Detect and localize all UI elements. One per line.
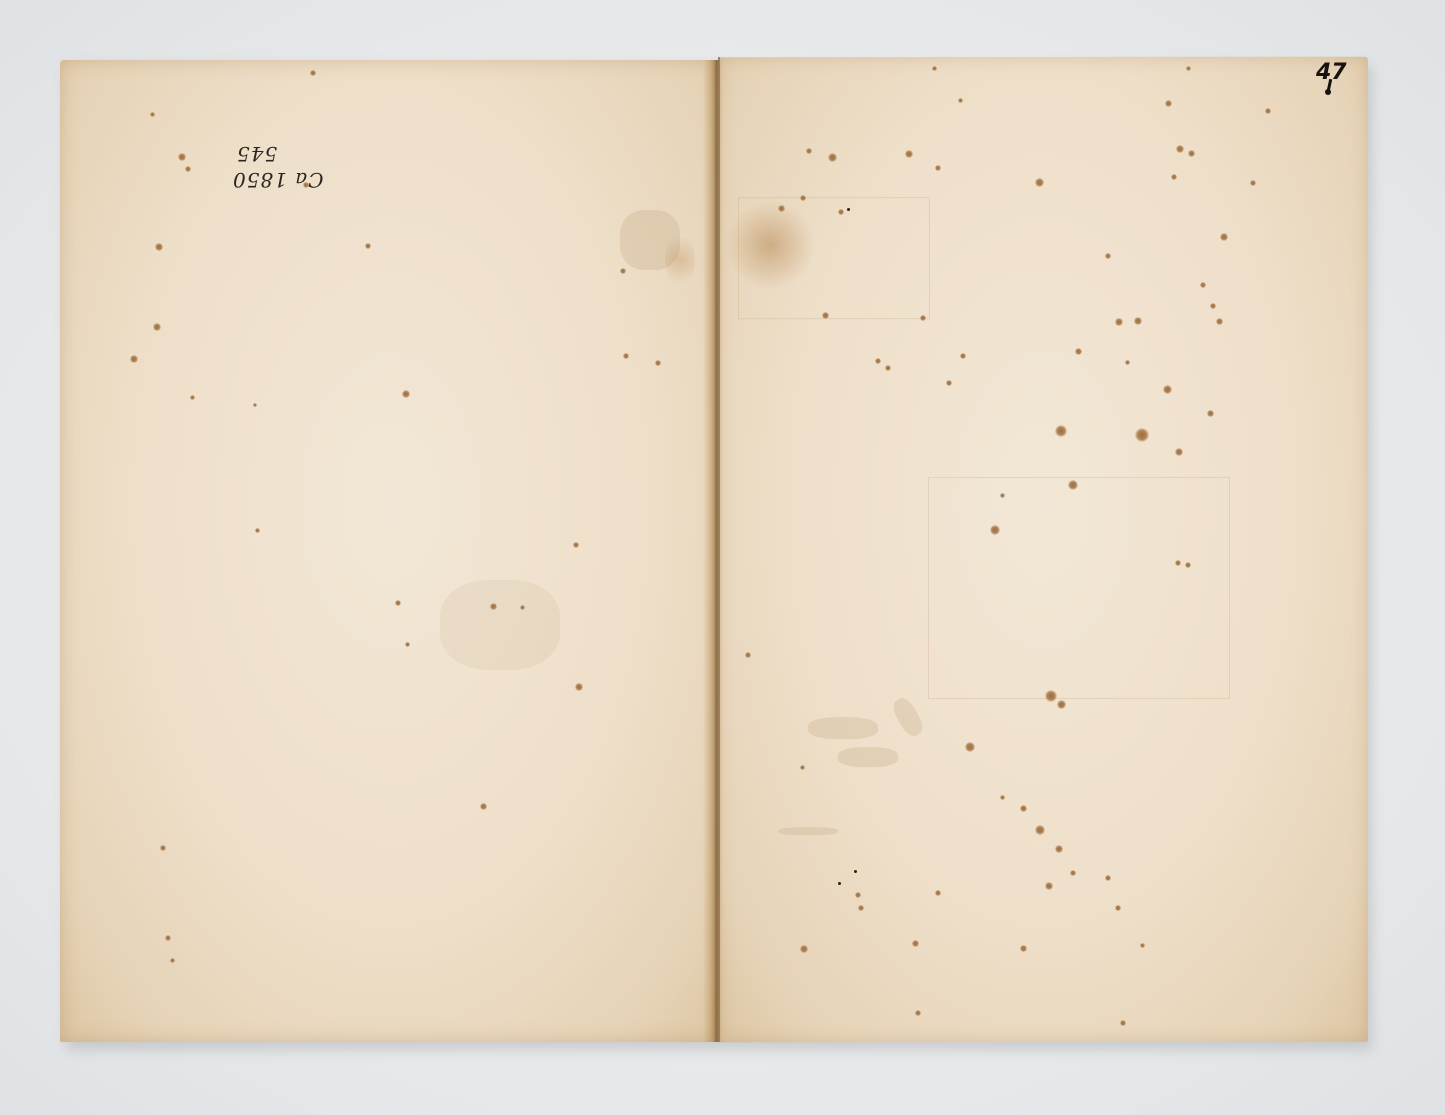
foxing-spot — [1120, 1020, 1126, 1026]
foxing-spot — [178, 153, 186, 161]
foxing-spot — [185, 166, 191, 172]
foxing-spot — [990, 525, 1000, 535]
foxing-spot — [1265, 108, 1271, 114]
foxing-spot — [490, 603, 497, 610]
foxing-spot — [1068, 480, 1078, 490]
foxing-spot — [1140, 943, 1145, 948]
foxing-spot — [1216, 318, 1223, 325]
water-mark — [838, 747, 898, 767]
faint-rectangle-mark — [928, 477, 1230, 699]
foxing-spot — [1176, 145, 1184, 153]
foxing-spot — [828, 153, 837, 162]
foxing-spot — [1035, 178, 1044, 187]
foxing-spot — [1175, 560, 1181, 566]
foxing-spot — [402, 390, 410, 398]
foxing-spot — [1210, 303, 1216, 309]
handwritten-date-note: Ca 1850 — [232, 168, 323, 192]
foxing-spot — [1075, 348, 1082, 355]
foxing-spot — [920, 315, 926, 321]
foxing-spot — [1115, 905, 1121, 911]
foxing-spot — [1115, 318, 1123, 326]
foxing-spot — [1185, 562, 1191, 568]
foxing-spot — [623, 353, 629, 359]
foxing-spot — [1125, 360, 1130, 365]
foxing-spot — [1207, 410, 1214, 417]
ink-dot — [838, 882, 841, 885]
foxing-spot — [875, 358, 881, 364]
ink-dot — [854, 870, 857, 873]
foxing-spot — [838, 209, 844, 215]
foxing-spot — [1000, 795, 1005, 800]
ink-dot — [847, 208, 850, 211]
foxing-spot — [932, 66, 937, 71]
foxing-spot — [155, 243, 163, 251]
foxing-spot — [365, 243, 371, 249]
foxing-spot — [1020, 945, 1027, 952]
handwritten-number-note: 545 — [236, 142, 277, 166]
foxing-spot — [806, 148, 812, 154]
foxing-spot — [858, 905, 864, 911]
foxing-spot — [1045, 690, 1057, 702]
foxing-spot — [1057, 700, 1066, 709]
foxing-spot — [1135, 428, 1149, 442]
foxing-spot — [960, 353, 966, 359]
foxing-spot — [778, 205, 785, 212]
left-page — [60, 60, 720, 1042]
foxing-spot — [965, 742, 975, 752]
stain — [725, 200, 815, 290]
foxing-spot — [935, 890, 941, 896]
foxing-spot — [395, 600, 401, 606]
foxing-spot — [745, 652, 751, 658]
foxing-spot — [130, 355, 138, 363]
center-fold — [703, 60, 723, 1042]
foxing-spot — [800, 945, 808, 953]
foxing-spot — [915, 1010, 921, 1016]
foxing-spot — [255, 528, 260, 533]
foxing-spot — [655, 360, 661, 366]
foxing-spot — [800, 765, 805, 770]
foxing-spot — [1020, 805, 1027, 812]
foxing-spot — [855, 892, 861, 898]
page-number-ink-dot — [1325, 89, 1331, 95]
foxing-spot — [822, 312, 829, 319]
foxing-spot — [520, 605, 525, 610]
water-mark — [889, 695, 926, 740]
foxing-spot — [153, 323, 161, 331]
foxing-spot — [1045, 882, 1053, 890]
fold-crease — [718, 57, 720, 1042]
foxing-spot — [1070, 870, 1076, 876]
water-mark — [808, 717, 878, 739]
foxing-spot — [480, 803, 487, 810]
foxing-spot — [573, 542, 579, 548]
foxing-spot — [1186, 66, 1191, 71]
foxing-spot — [905, 150, 913, 158]
water-mark — [778, 827, 838, 835]
foxing-spot — [1200, 282, 1206, 288]
foxing-spot — [310, 70, 316, 76]
foxing-spot — [165, 935, 171, 941]
foxing-spot — [958, 98, 963, 103]
foxing-spot — [1055, 425, 1067, 437]
foxing-spot — [1163, 385, 1172, 394]
foxing-spot — [1165, 100, 1172, 107]
foxing-spot — [912, 940, 919, 947]
stain — [665, 230, 695, 290]
foxing-spot — [620, 268, 626, 274]
foxing-spot — [1134, 317, 1142, 325]
foxing-spot — [1175, 448, 1183, 456]
foxing-spot — [405, 642, 410, 647]
foxing-spot — [1105, 253, 1111, 259]
foxing-spot — [800, 195, 806, 201]
foxing-spot — [946, 380, 952, 386]
right-page — [718, 57, 1368, 1043]
foxing-spot — [160, 845, 166, 851]
foxing-spot — [1035, 825, 1045, 835]
foxing-spot — [170, 958, 175, 963]
stain — [440, 580, 560, 670]
foxing-spot — [1105, 875, 1111, 881]
foxing-spot — [1000, 493, 1005, 498]
foxing-spot — [1171, 174, 1177, 180]
foxing-spot — [935, 165, 941, 171]
foxing-spot — [1055, 845, 1063, 853]
foxing-spot — [885, 365, 891, 371]
foxing-spot — [1250, 180, 1256, 186]
foxing-spot — [575, 683, 583, 691]
foxing-spot — [1188, 150, 1195, 157]
foxing-spot — [150, 112, 155, 117]
foxing-spot — [1220, 233, 1228, 241]
foxing-spot — [190, 395, 195, 400]
foxing-spot — [253, 403, 257, 407]
